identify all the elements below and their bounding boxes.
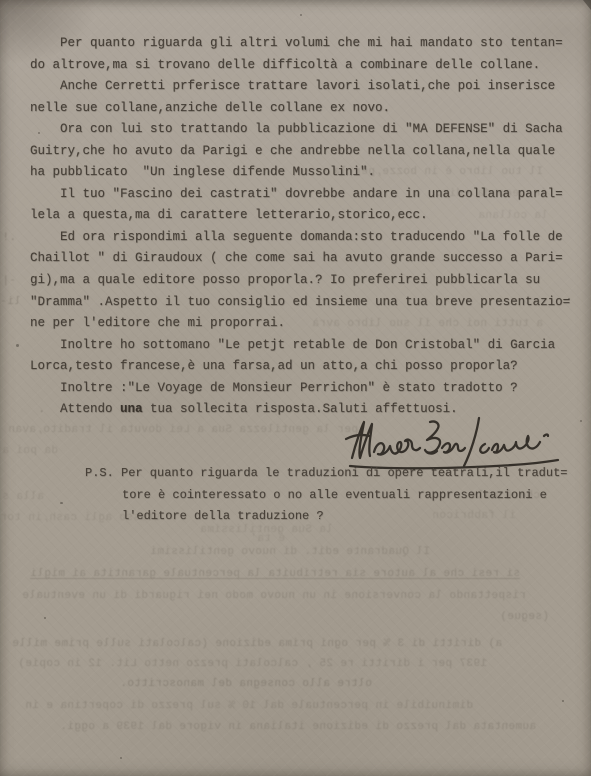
speck xyxy=(562,700,564,702)
postscript-line: tore è cointeressato o no alle eventuali… xyxy=(85,485,585,507)
typed-line: Ed ora rispondimi alla seguente domanda:… xyxy=(30,227,575,249)
postscript-line: l'editore della traduzione ? xyxy=(85,506,585,528)
bleedthrough-line: rispettando la conversione in un nuovo m… xyxy=(22,590,526,603)
speck xyxy=(120,757,122,759)
typed-line: "Dramma" .Aspetto il tuo consiglio ed in… xyxy=(30,292,575,314)
typed-line: ne per l'editore che mi proporrai. xyxy=(30,313,575,335)
typed-line: Inoltre ho sottomano "Le petjt retable d… xyxy=(30,335,575,357)
bleedthrough-line: aumentata dal prezzo di edizione italian… xyxy=(60,721,536,734)
typed-line: Anche Cerretti prferisce trattare lavori… xyxy=(30,76,575,98)
bleedthrough-line: 1937 per i diritti re 25 , calcolati pre… xyxy=(18,658,487,671)
bleedthrough-line: diminuibile in percentuale dal 10 % sul … xyxy=(25,700,473,713)
typed-line: Chaillot " di Giraudoux ( che come sai h… xyxy=(30,248,575,270)
speck xyxy=(16,344,19,347)
speck xyxy=(44,617,46,619)
typed-line: lela a questa,ma di carattere letterario… xyxy=(30,205,575,227)
typed-line: Guitry,che ho avuto da Parigi e che andr… xyxy=(30,141,575,163)
letter-page: Il tuo libro è in bozze,per la in second… xyxy=(0,0,591,776)
postscript-block: P.S. Per quanto riguarda le traduzioni d… xyxy=(85,463,585,528)
bleedthrough-fragment: .! xyxy=(2,232,16,245)
bleedthrough-fragment: li- xyxy=(0,296,21,309)
typed-line: Per quanto riguarda gli altri volumi che… xyxy=(30,33,575,55)
bleedthrough-line: a) diritti di 3 % per ogni prima edizion… xyxy=(12,638,502,651)
typed-line: Il tuo "Fascino dei castrati" dovrebbe a… xyxy=(30,184,575,206)
speck xyxy=(60,502,63,504)
bleedthrough-line: si resi che al autore sia retribuita la … xyxy=(30,568,520,581)
typed-line: Inoltre :"Le Voyage de Monsieur Perricho… xyxy=(30,378,575,400)
bleedthrough-fragment: e ta' xyxy=(250,533,285,546)
bleedthrough-line: Il Quadrante edit. di nuovo gentilissimi xyxy=(150,546,430,559)
speck xyxy=(300,14,302,16)
postscript-line: P.S. Per quanto riguarda le traduzioni d… xyxy=(85,463,585,485)
closing-emphasis-word: una xyxy=(120,402,143,416)
bleedthrough-fragment: alla s xyxy=(2,491,44,504)
typed-line: Ora con lui sto trattando la pubblicazio… xyxy=(30,119,575,141)
speck xyxy=(568,298,570,300)
typed-line: Lorca,testo francese,è una farsa,ad un a… xyxy=(30,356,575,378)
typed-letter-body: Per quanto riguarda gli altri volumi che… xyxy=(30,33,575,421)
bleedthrough-fragment: per la gentilezza Sua a Lei dovuta il tr… xyxy=(8,424,358,437)
typed-line: do altrove,ma si trovano delle difficolt… xyxy=(30,55,575,77)
bleedthrough-fragment: -| xyxy=(2,275,16,288)
typed-line: ha pubblicato "Un inglese difende Mussol… xyxy=(30,162,575,184)
speck xyxy=(38,132,40,134)
bleedthrough-fragment: da poi a xyxy=(2,445,58,458)
bleedthrough-line: oltre allo consegna del manoscritto. xyxy=(120,678,372,691)
closing-pre: Attendo xyxy=(30,402,120,416)
typed-line: gi),ma a quale editore posso proporla.? … xyxy=(30,270,575,292)
typed-line: nelle sue collane,anziche delle collane … xyxy=(30,98,575,120)
paper-corner-nick xyxy=(583,0,591,10)
bleedthrough-line: (segue) xyxy=(500,611,549,624)
speck xyxy=(580,420,582,422)
